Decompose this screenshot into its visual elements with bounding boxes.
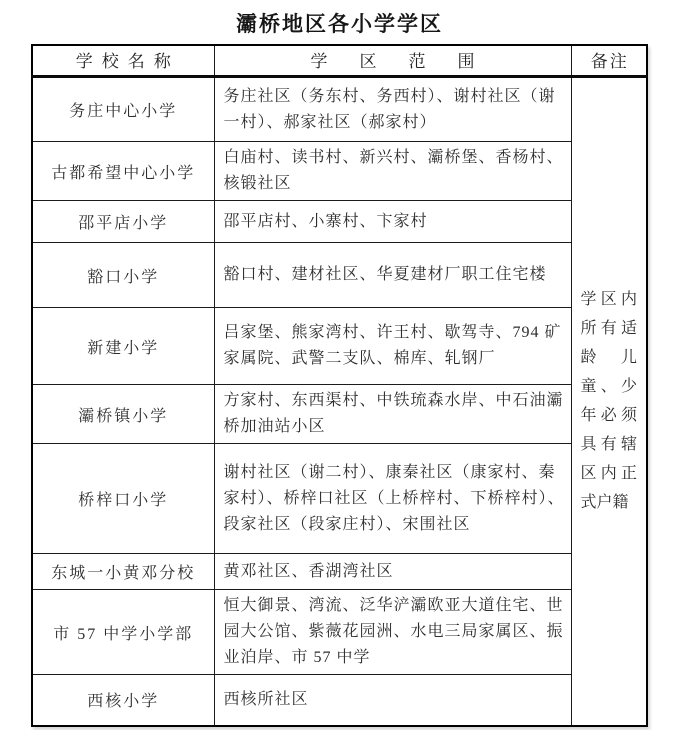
- table-row: 市 57 中学小学部恒大御景、湾流、泛华浐灞欧亚大道住宅、世园大公馆、紫薇花园洲…: [32, 590, 647, 675]
- district-range-cell: 西核所社区: [214, 675, 571, 726]
- table-row: 务庄中心小学务庄社区（务东村、务西村）、谢村社区（谢一村）、郝家社区（郝家村）学…: [32, 77, 647, 142]
- col-header-district-range: 学区范围: [214, 45, 571, 77]
- school-name-cell: 东城一小黄邓分校: [32, 554, 214, 590]
- school-district-table: 学校名称 学区范围 备注 务庄中心小学务庄社区（务东村、务西村）、谢村社区（谢一…: [31, 44, 648, 727]
- table-row: 新建小学吕家堡、熊家湾村、许王村、歇驾寺、794 矿家属院、武警二支队、棉库、轧…: [32, 308, 647, 385]
- district-range-cell: 白庙村、读书村、新兴村、灞桥堡、香杨村、核锻社区: [214, 142, 571, 201]
- school-name-cell: 灞桥镇小学: [32, 385, 214, 444]
- table-row: 邵平店小学邵平店村、小寨村、卞家村: [32, 201, 647, 243]
- note-cell: 学区内所有适龄儿童、少年必须具有辖区内正式户籍: [571, 77, 647, 726]
- school-name-cell: 西核小学: [32, 675, 214, 726]
- district-range-cell: 邵平店村、小寨村、卞家村: [214, 201, 571, 243]
- school-name-cell: 新建小学: [32, 308, 214, 385]
- table-row: 西核小学西核所社区: [32, 675, 647, 726]
- table-row: 古都希望中心小学白庙村、读书村、新兴村、灞桥堡、香杨村、核锻社区: [32, 142, 647, 201]
- school-name-cell: 豁口小学: [32, 243, 214, 308]
- district-range-cell: 豁口村、建材社区、华夏建材厂职工住宅楼: [214, 243, 571, 308]
- district-range-cell: 吕家堡、熊家湾村、许王村、歇驾寺、794 矿家属院、武警二支队、棉库、轧钢厂: [214, 308, 571, 385]
- school-name-cell: 邵平店小学: [32, 201, 214, 243]
- school-name-cell: 务庄中心小学: [32, 77, 214, 142]
- col-header-note: 备注: [571, 45, 647, 77]
- district-range-cell: 务庄社区（务东村、务西村）、谢村社区（谢一村）、郝家社区（郝家村）: [214, 77, 571, 142]
- table-row: 豁口小学豁口村、建材社区、华夏建材厂职工住宅楼: [32, 243, 647, 308]
- header-row: 学校名称 学区范围 备注: [32, 45, 647, 77]
- district-range-cell: 方家村、东西渠村、中铁琉森水岸、中石油灞桥加油站小区: [214, 385, 571, 444]
- district-range-cell: 恒大御景、湾流、泛华浐灞欧亚大道住宅、世园大公馆、紫薇花园洲、水电三局家属区、振…: [214, 590, 571, 675]
- school-name-cell: 桥梓口小学: [32, 444, 214, 554]
- col-header-school-name: 学校名称: [32, 45, 214, 77]
- page-title: 灞桥地区各小学学区: [0, 8, 679, 38]
- district-range-cell: 谢村社区（谢二村）、康秦社区（康家村、秦家村）、桥梓口社区（上桥梓村、下桥梓村）…: [214, 444, 571, 554]
- table-row: 桥梓口小学谢村社区（谢二村）、康秦社区（康家村、秦家村）、桥梓口社区（上桥梓村、…: [32, 444, 647, 554]
- table-row: 东城一小黄邓分校黄邓社区、香湖湾社区: [32, 554, 647, 590]
- school-name-cell: 市 57 中学小学部: [32, 590, 214, 675]
- table-row: 灞桥镇小学方家村、东西渠村、中铁琉森水岸、中石油灞桥加油站小区: [32, 385, 647, 444]
- district-range-cell: 黄邓社区、香湖湾社区: [214, 554, 571, 590]
- school-name-cell: 古都希望中心小学: [32, 142, 214, 201]
